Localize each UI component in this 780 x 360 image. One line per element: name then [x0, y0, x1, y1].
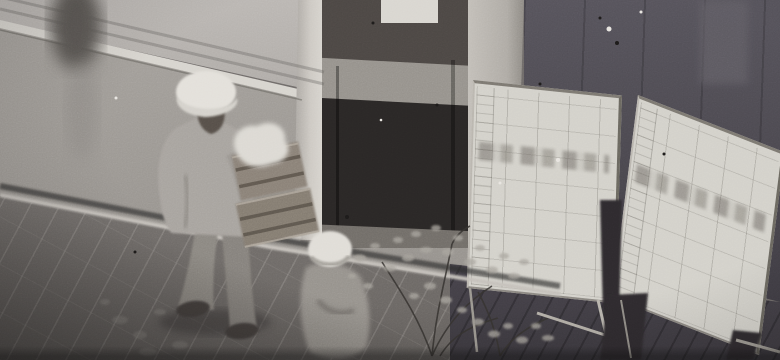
- worker-trouser-left: [178, 228, 218, 310]
- white-bundle: [234, 123, 288, 167]
- blurred-object-reflection: [66, 60, 98, 160]
- ledge-shadow-line: [0, 30, 302, 100]
- blurred-foreground-object: [50, 0, 102, 70]
- photo: [0, 0, 780, 360]
- scene-figures: [0, 0, 780, 360]
